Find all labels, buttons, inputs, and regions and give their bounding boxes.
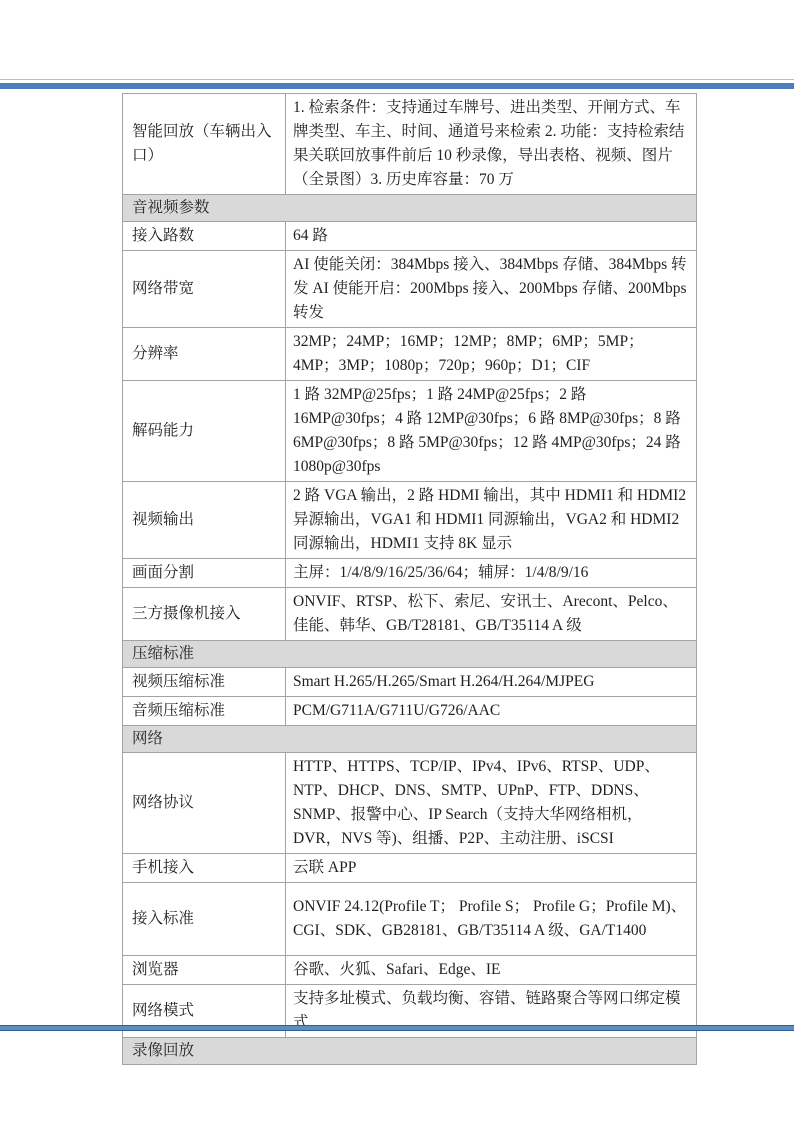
section-header: 录像回放 [123, 1038, 697, 1065]
spec-label-cell: 网络协议 [123, 753, 286, 854]
table-row: 接入标准ONVIF 24.12(Profile T； Profile S； Pr… [123, 883, 697, 956]
spec-label-cell: 智能回放（车辆出入口） [123, 94, 286, 195]
spec-value-cell: 主屏：1/4/8/9/16/25/36/64；辅屏：1/4/8/9/16 [286, 559, 697, 588]
spec-value-cell: HTTP、HTTPS、TCP/IP、IPv4、IPv6、RTSP、UDP、NTP… [286, 753, 697, 854]
table-row: 视频输出2 路 VGA 输出，2 路 HDMI 输出，其中 HDMI1 和 HD… [123, 482, 697, 559]
spec-label-cell: 分辨率 [123, 328, 286, 381]
header-rule-blue [0, 83, 794, 89]
spec-table: 智能回放（车辆出入口）1. 检索条件：支持通过车牌号、进出类型、开闸方式、车牌类… [122, 93, 697, 1065]
spec-label-cell: 视频压缩标准 [123, 668, 286, 697]
table-row: 画面分割主屏：1/4/8/9/16/25/36/64；辅屏：1/4/8/9/16 [123, 559, 697, 588]
table-row: 网络带宽AI 使能关闭：384Mbps 接入、384Mbps 存储、384Mbp… [123, 251, 697, 328]
table-row: 网络协议HTTP、HTTPS、TCP/IP、IPv4、IPv6、RTSP、UDP… [123, 753, 697, 854]
table-row: 手机接入云联 APP [123, 854, 697, 883]
spec-value-cell: ONVIF 24.12(Profile T； Profile S； Profil… [286, 883, 697, 956]
section-row: 音视频参数 [123, 195, 697, 222]
spec-value-cell: 1 路 32MP@25fps；1 路 24MP@25fps；2 路 16MP@3… [286, 381, 697, 482]
spec-value-cell: 2 路 VGA 输出，2 路 HDMI 输出，其中 HDMI1 和 HDMI2 … [286, 482, 697, 559]
spec-value-cell: AI 使能关闭：384Mbps 接入、384Mbps 存储、384Mbps 转发… [286, 251, 697, 328]
header-rule-thin [0, 79, 794, 80]
spec-label-cell: 解码能力 [123, 381, 286, 482]
spec-value-cell: 云联 APP [286, 854, 697, 883]
section-row: 录像回放 [123, 1038, 697, 1065]
section-header: 网络 [123, 726, 697, 753]
spec-label-cell: 三方摄像机接入 [123, 588, 286, 641]
spec-label-cell: 视频输出 [123, 482, 286, 559]
document-page: 智能回放（车辆出入口）1. 检索条件：支持通过车牌号、进出类型、开闸方式、车牌类… [0, 0, 794, 1123]
table-row: 视频压缩标准Smart H.265/H.265/Smart H.264/H.26… [123, 668, 697, 697]
table-row: 三方摄像机接入ONVIF、RTSP、松下、索尼、安讯士、Arecont、Pelc… [123, 588, 697, 641]
table-row: 分辨率32MP；24MP；16MP；12MP；8MP；6MP；5MP；4MP；3… [123, 328, 697, 381]
table-row: 浏览器谷歌、火狐、Safari、Edge、IE [123, 956, 697, 985]
table-row: 解码能力1 路 32MP@25fps；1 路 24MP@25fps；2 路 16… [123, 381, 697, 482]
spec-table-body: 智能回放（车辆出入口）1. 检索条件：支持通过车牌号、进出类型、开闸方式、车牌类… [123, 94, 697, 1065]
table-row: 智能回放（车辆出入口）1. 检索条件：支持通过车牌号、进出类型、开闸方式、车牌类… [123, 94, 697, 195]
spec-value-cell: Smart H.265/H.265/Smart H.264/H.264/MJPE… [286, 668, 697, 697]
spec-label-cell: 画面分割 [123, 559, 286, 588]
spec-label-cell: 接入标准 [123, 883, 286, 956]
spec-label-cell: 音频压缩标准 [123, 697, 286, 726]
spec-label-cell: 浏览器 [123, 956, 286, 985]
section-row: 压缩标准 [123, 641, 697, 668]
spec-label-cell: 手机接入 [123, 854, 286, 883]
spec-value-cell: 32MP；24MP；16MP；12MP；8MP；6MP；5MP；4MP；3MP；… [286, 328, 697, 381]
spec-value-cell: 1. 检索条件：支持通过车牌号、进出类型、开闸方式、车牌类型、车主、时间、通道号… [286, 94, 697, 195]
section-header: 音视频参数 [123, 195, 697, 222]
spec-value-cell: 64 路 [286, 222, 697, 251]
section-row: 网络 [123, 726, 697, 753]
spec-label-cell: 接入路数 [123, 222, 286, 251]
table-row: 接入路数64 路 [123, 222, 697, 251]
spec-label-cell: 网络带宽 [123, 251, 286, 328]
table-row: 音频压缩标准PCM/G711A/G711U/G726/AAC [123, 697, 697, 726]
spec-value-cell: ONVIF、RTSP、松下、索尼、安讯士、Arecont、Pelco、佳能、韩华… [286, 588, 697, 641]
spec-value-cell: PCM/G711A/G711U/G726/AAC [286, 697, 697, 726]
section-header: 压缩标准 [123, 641, 697, 668]
footer-rule-blue [0, 1025, 794, 1031]
spec-value-cell: 谷歌、火狐、Safari、Edge、IE [286, 956, 697, 985]
